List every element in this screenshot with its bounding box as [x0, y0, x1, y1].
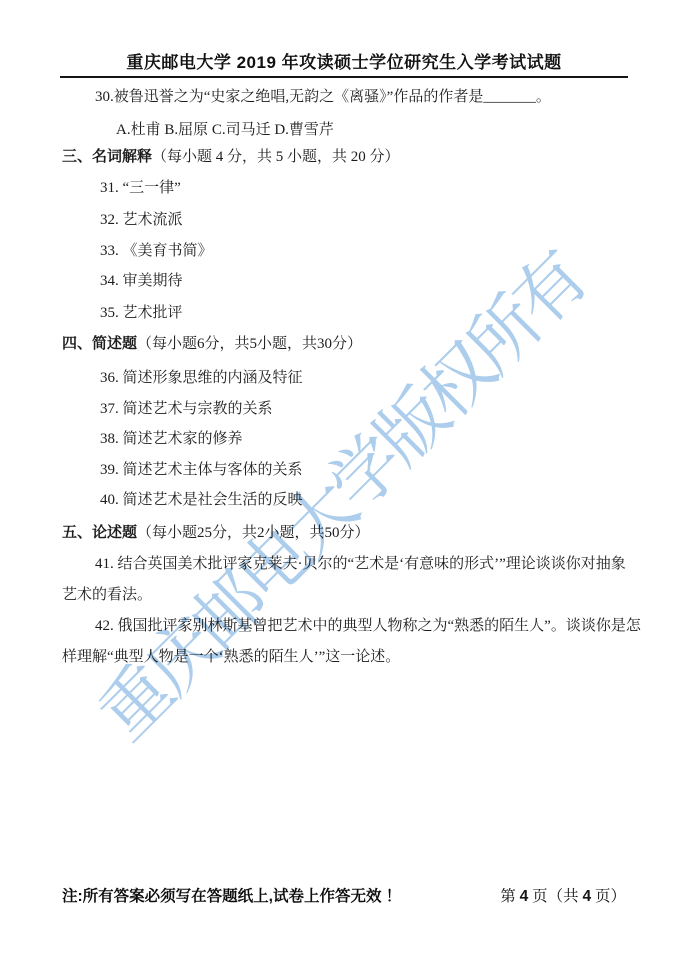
page-number-current: 4 [520, 888, 529, 905]
section-3-meta: （每小题 4 分，共 5 小题，共 20 分） [152, 149, 400, 165]
question-41: 41. 结合英国美术批评家克莱夫·贝尔的“艺术是‘有意味的形式’”理论谈谈你对抽… [62, 549, 637, 611]
question-40: 40. 简述艺术是社会生活的反映 [100, 489, 303, 511]
footer-note: 注:所有答案必须写在答题纸上,试卷上作答无效 ！ [62, 884, 401, 906]
question-30: 30.被鲁迅誉之为“史家之绝唱,无韵之《离骚》”作品的作者是_______。 [95, 86, 551, 108]
page-title: 重庆邮电大学 2019 年攻读硕士学位研究生入学考试试题 [0, 48, 688, 73]
question-41-line-2: 艺术的看法。 [62, 580, 637, 611]
page-number-suffix: 页） [591, 888, 626, 905]
header-divider [60, 76, 628, 78]
page-number: 第 4 页（共 4 页） [500, 884, 626, 906]
section-5-label: 五、论述题 [62, 525, 137, 541]
question-37: 37. 简述艺术与宗教的关系 [100, 398, 273, 420]
section-3-heading: 三、名词解释（每小题 4 分，共 5 小题，共 20 分） [62, 146, 400, 168]
page-number-total: 4 [582, 888, 591, 905]
question-39: 39. 简述艺术主体与客体的关系 [100, 459, 303, 481]
question-31: 31. “三一律” [100, 177, 181, 199]
section-4-heading: 四、简述题（每小题6分，共5小题，共30分） [62, 333, 362, 355]
section-3-label: 三、名词解释 [62, 149, 152, 165]
section-5-meta: （每小题25分，共2小题，共50分） [137, 525, 370, 541]
page-number-middle: 页（共 [528, 888, 582, 905]
question-41-line-1: 41. 结合英国美术批评家克莱夫·贝尔的“艺术是‘有意味的形式’”理论谈谈你对抽… [62, 549, 637, 580]
section-5-heading: 五、论述题（每小题25分，共2小题，共50分） [62, 522, 370, 544]
question-30-text: 30.被鲁迅誉之为“史家之绝唱,无韵之《离骚》”作品的作者是 [95, 89, 483, 105]
section-4-meta: （每小题6分，共5小题，共30分） [137, 336, 362, 352]
question-32: 32. 艺术流派 [100, 209, 183, 231]
question-30-options: A.杜甫 B.屈原 C.司马迁 D.曹雪芹 [116, 119, 334, 141]
question-33: 33. 《美育书简》 [100, 240, 213, 262]
exam-page: 重庆邮电大学版权所有 重庆邮电大学 2019 年攻读硕士学位研究生入学考试试题 … [0, 0, 688, 971]
question-35: 35. 艺术批评 [100, 302, 183, 324]
question-42: 42. 俄国批评家别林斯基曾把艺术中的典型人物称之为“熟悉的陌生人”。谈谈你是怎… [62, 611, 637, 673]
page-number-prefix: 第 [500, 888, 519, 905]
section-4-label: 四、简述题 [62, 336, 137, 352]
question-42-line-2: 样理解“典型人物是一个‘熟悉的陌生人’”这一论述。 [62, 642, 637, 673]
answer-blank: _______ [483, 89, 536, 105]
question-42-line-1: 42. 俄国批评家别林斯基曾把艺术中的典型人物称之为“熟悉的陌生人”。谈谈你是怎 [62, 611, 637, 642]
question-36: 36. 简述形象思维的内涵及特征 [100, 367, 303, 389]
question-38: 38. 简述艺术家的修养 [100, 428, 243, 450]
question-30-period: 。 [536, 89, 551, 105]
question-34: 34. 审美期待 [100, 270, 183, 292]
